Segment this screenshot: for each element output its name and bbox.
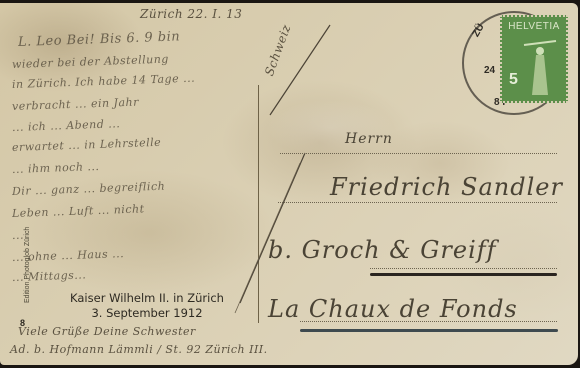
address-line-3 <box>370 268 557 269</box>
address-line-1 <box>280 153 557 154</box>
care-of: b. Groch & Greiff <box>268 236 497 264</box>
salutation: Herrn <box>345 131 393 147</box>
postmark-date: 24 <box>484 65 495 76</box>
recipient-city: La Chaux de Fonds <box>268 295 518 323</box>
postcard-back: Zürich 22. I. 13 L. Leo Bei! Bis 6. 9 bi… <box>0 3 578 365</box>
underline-city <box>300 329 558 332</box>
stamp-country: HELVETIA <box>502 21 566 32</box>
postage-stamp: HELVETIA 5 <box>500 15 568 103</box>
recipient-name: Friedrich Sandler <box>330 173 563 201</box>
underline-care-of <box>370 273 557 276</box>
address-line-2 <box>278 202 557 203</box>
stamp-value: 5 <box>509 71 518 89</box>
address-line-4 <box>300 321 557 322</box>
tell-figure-icon <box>522 35 558 97</box>
